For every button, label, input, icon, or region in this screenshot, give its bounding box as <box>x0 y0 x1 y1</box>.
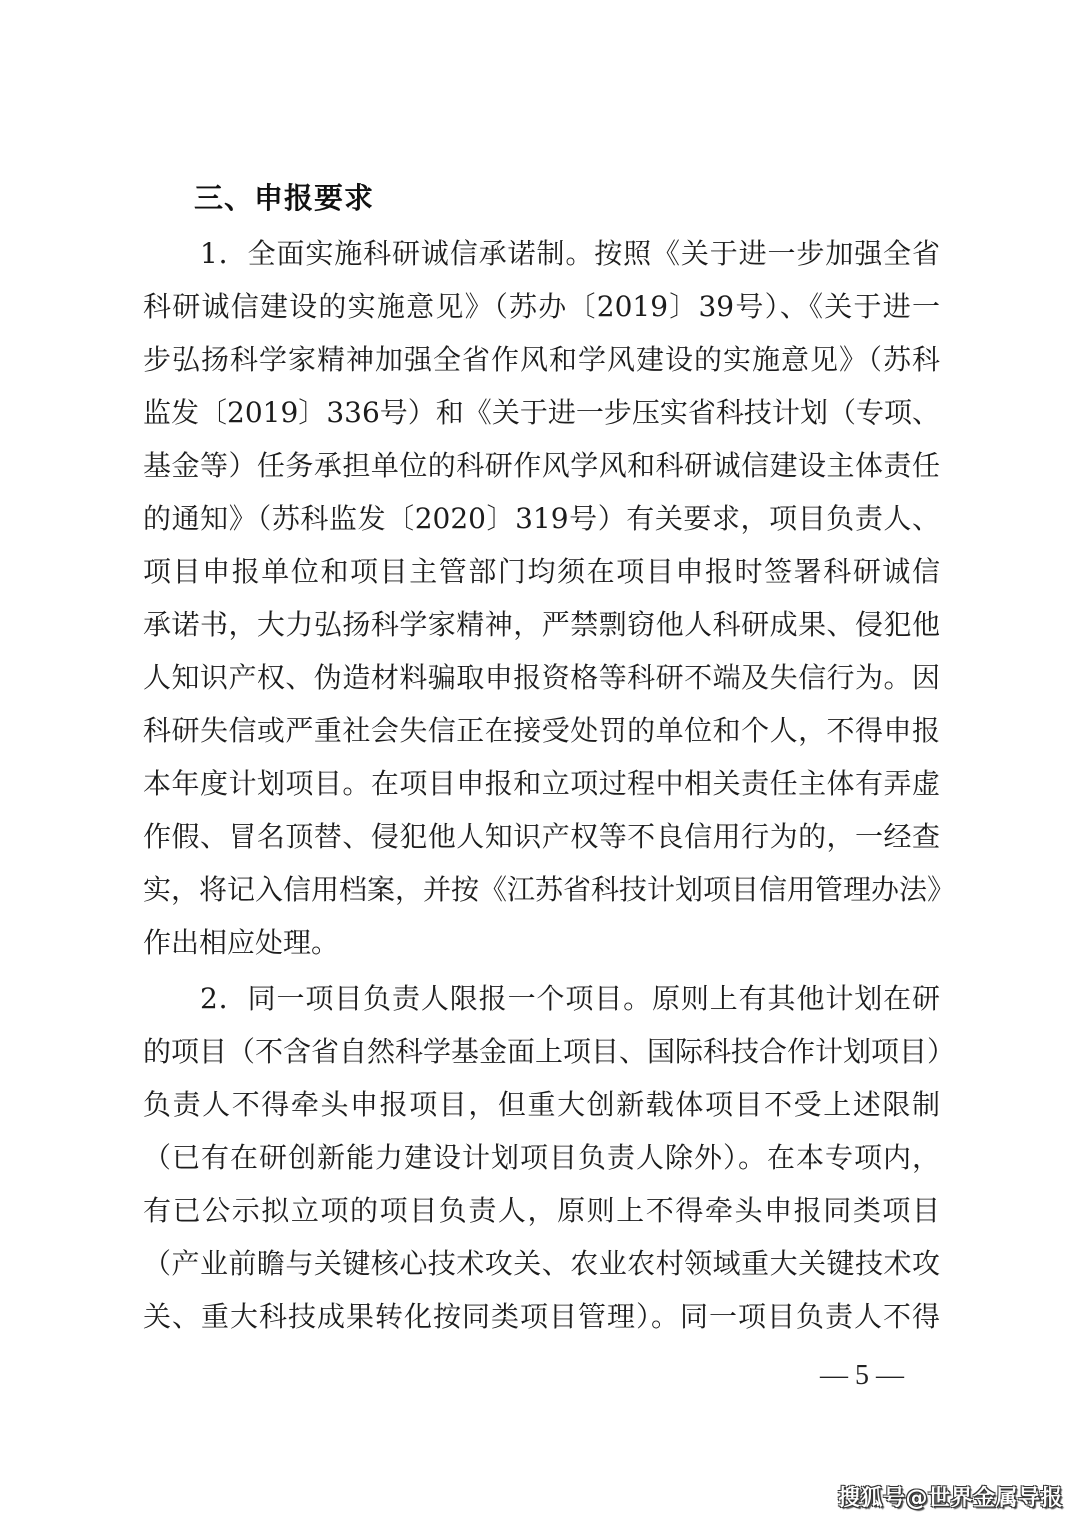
paragraph-line: （已有在研创新能力建设计划项目负责人除外）。在本专项内， <box>143 1140 940 1176</box>
paragraph-line: 监发〔2019〕336号）和《关于进一步压实省科技计划（专项、 <box>143 395 940 431</box>
paragraph-line: 本年度计划项目。在项目申报和立项过程中相关责任主体有弄虚 <box>143 766 940 802</box>
paragraph-line: 关、重大科技成果转化按同类项目管理）。同一项目负责人不得 <box>143 1299 940 1335</box>
paragraph-line: 1．全面实施科研诚信承诺制。按照《关于进一步加强全省 <box>200 236 940 272</box>
watermark: 搜狐号@世界金属导报 <box>838 1481 1063 1512</box>
paragraph-line: 负责人不得牵头申报项目，但重大创新载体项目不受上述限制 <box>143 1087 940 1123</box>
paragraph-line: 项目申报单位和项目主管部门均须在项目申报时签署科研诚信 <box>143 554 940 590</box>
paragraph-line: 有已公示拟立项的项目负责人，原则上不得牵头申报同类项目 <box>143 1193 940 1229</box>
paragraph-line: 基金等）任务承担单位的科研作风学风和科研诚信建设主体责任 <box>143 448 940 484</box>
section-heading: 三、申报要求 <box>194 176 374 217</box>
paragraph-line: 科研失信或严重社会失信正在接受处罚的单位和个人，不得申报 <box>143 713 940 749</box>
paragraph-line: 作出相应处理。 <box>143 925 940 961</box>
paragraph-line: 步弘扬科学家精神加强全省作风和学风建设的实施意见》（苏科 <box>143 342 940 378</box>
paragraph-line: 科研诚信建设的实施意见》（苏办〔2019〕39号）、《关于进一 <box>143 289 940 325</box>
paragraph-line: 作假、冒名顶替、侵犯他人知识产权等不良信用行为的，一经查 <box>143 819 940 855</box>
paragraph-line: 2．同一项目负责人限报一个项目。原则上有其他计划在研 <box>200 981 940 1017</box>
page-number: — 5 — <box>820 1360 904 1392</box>
document-page: 三、申报要求 1．全面实施科研诚信承诺制。按照《关于进一步加强全省科研诚信建设的… <box>0 0 1080 1527</box>
paragraph-line: 的通知》（苏科监发〔2020〕319号）有关要求，项目负责人、 <box>143 501 940 537</box>
paragraph-line: 的项目（不含省自然科学基金面上项目、国际科技合作计划项目） <box>143 1034 940 1070</box>
paragraph-line: 实，将记入信用档案，并按《江苏省科技计划项目信用管理办法》 <box>143 872 940 908</box>
paragraph-line: 人知识产权、伪造材料骗取申报资格等科研不端及失信行为。因 <box>143 660 940 696</box>
paragraph-line: 承诺书，大力弘扬科学家精神，严禁剽窃他人科研成果、侵犯他 <box>143 607 940 643</box>
paragraph-line: （产业前瞻与关键核心技术攻关、农业农村领域重大关键技术攻 <box>143 1246 940 1282</box>
